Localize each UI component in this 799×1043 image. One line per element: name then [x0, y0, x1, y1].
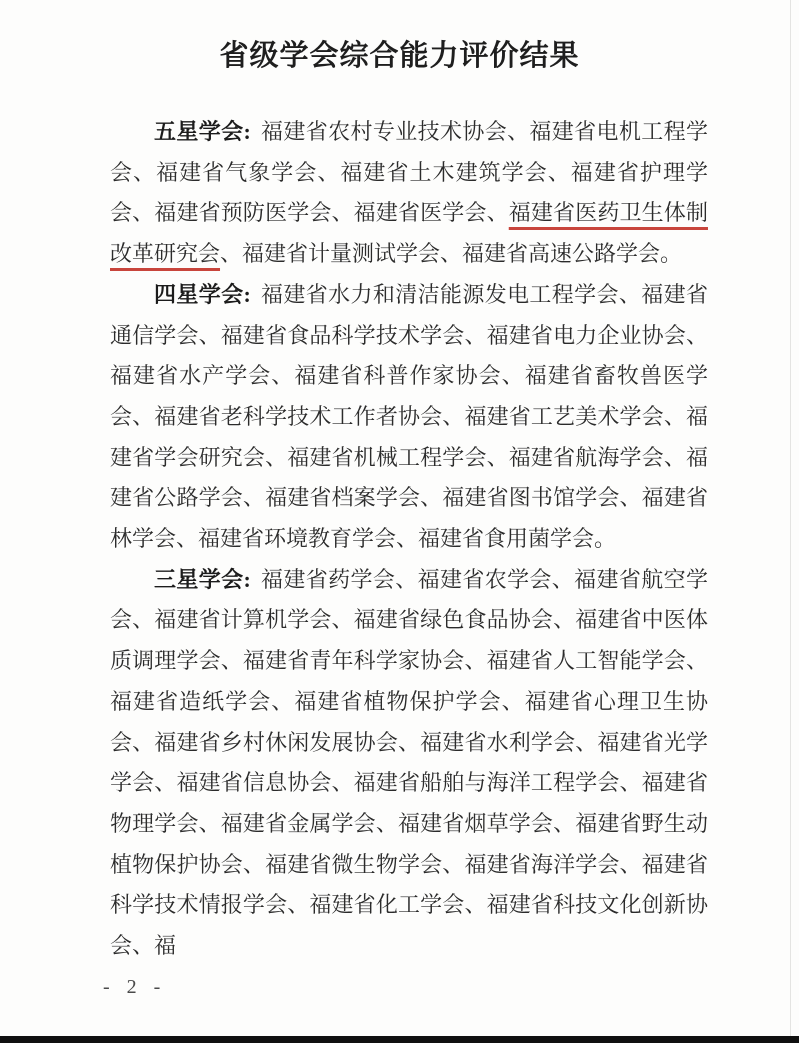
- page-number: - 2 -: [103, 976, 166, 999]
- scanned-document-page: 省级学会综合能力评价结果 五星学会:福建省农村专业技术协会、福建省电机工程学会、…: [0, 0, 799, 1043]
- three-star-label: 三星学会:: [154, 567, 251, 592]
- four-star-label: 四星学会:: [154, 282, 251, 307]
- three-star-societies-text: 福建省药学会、福建省农学会、福建省航空学会、福建省计算机学会、福建省绿色食品协会…: [110, 567, 708, 958]
- five-star-label: 五星学会:: [154, 119, 251, 144]
- five-star-societies-text-end: 、福建省计量测试学会、福建省高速公路学会。: [220, 241, 682, 266]
- four-star-societies-text: 福建省水力和清洁能源发电工程学会、福建省通信学会、福建省食品科学技术学会、福建省…: [110, 282, 708, 551]
- paragraph-four-star: 四星学会:福建省水力和清洁能源发电工程学会、福建省通信学会、福建省食品科学技术学…: [110, 275, 708, 560]
- page-title: 省级学会综合能力评价结果: [0, 33, 799, 74]
- paragraph-three-star: 三星学会:福建省药学会、福建省农学会、福建省航空学会、福建省计算机学会、福建省绿…: [110, 560, 708, 967]
- paragraph-five-star: 五星学会:福建省农村专业技术协会、福建省电机工程学会、福建省气象学会、福建省土木…: [110, 112, 708, 275]
- document-body: 五星学会:福建省农村专业技术协会、福建省电机工程学会、福建省气象学会、福建省土木…: [110, 112, 708, 967]
- scan-artifact-bottom-edge: [0, 1036, 799, 1043]
- scan-artifact-right-edge: [790, 0, 791, 1043]
